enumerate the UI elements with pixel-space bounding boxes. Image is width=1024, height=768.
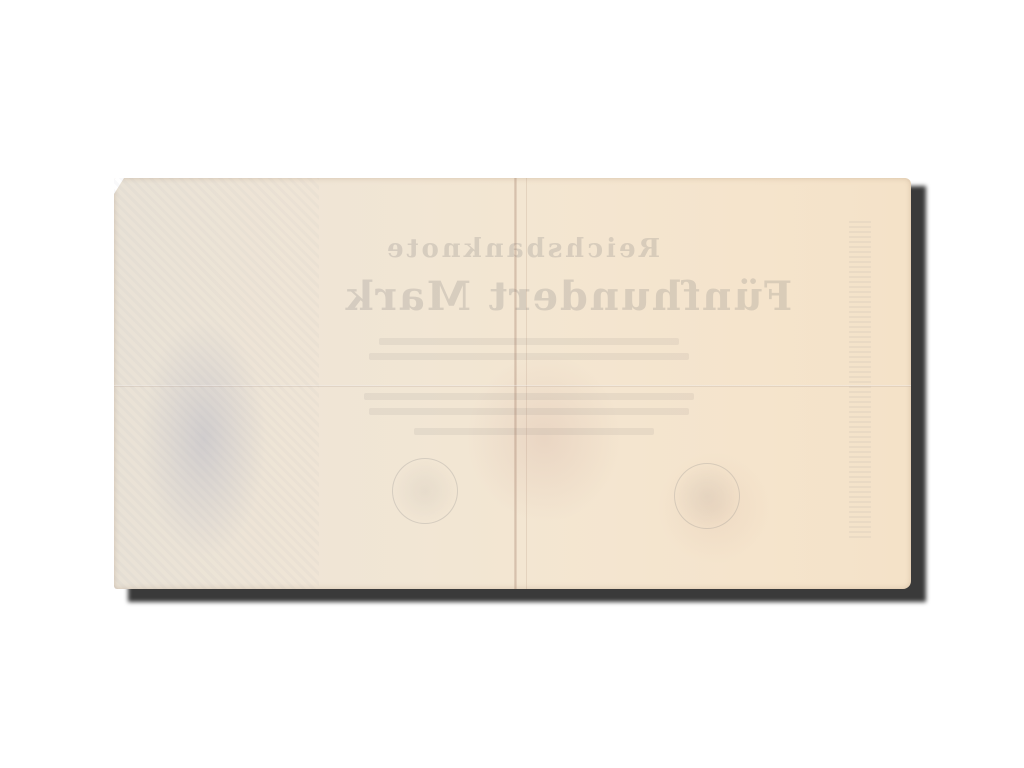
vertical-fold: [514, 178, 517, 589]
vertical-fold-secondary: [526, 178, 527, 589]
right-border-show-through: [849, 218, 871, 538]
banknote-reverse: Reichsbanknote Fünfhundert Mark: [114, 178, 911, 589]
seal-show-through-left: [392, 458, 458, 524]
show-through-text-line: [379, 338, 679, 345]
show-through-text-line: [414, 428, 654, 435]
horizontal-fold: [114, 385, 911, 387]
seal-show-through-right: [674, 463, 740, 529]
left-ornament-show-through: [114, 178, 319, 589]
show-through-text-line: [369, 353, 689, 360]
show-through-denomination: Fünfhundert Mark: [344, 273, 792, 320]
show-through-title: Reichsbanknote: [384, 234, 660, 264]
show-through-text-line: [369, 408, 689, 415]
show-through-text-line: [364, 393, 694, 400]
